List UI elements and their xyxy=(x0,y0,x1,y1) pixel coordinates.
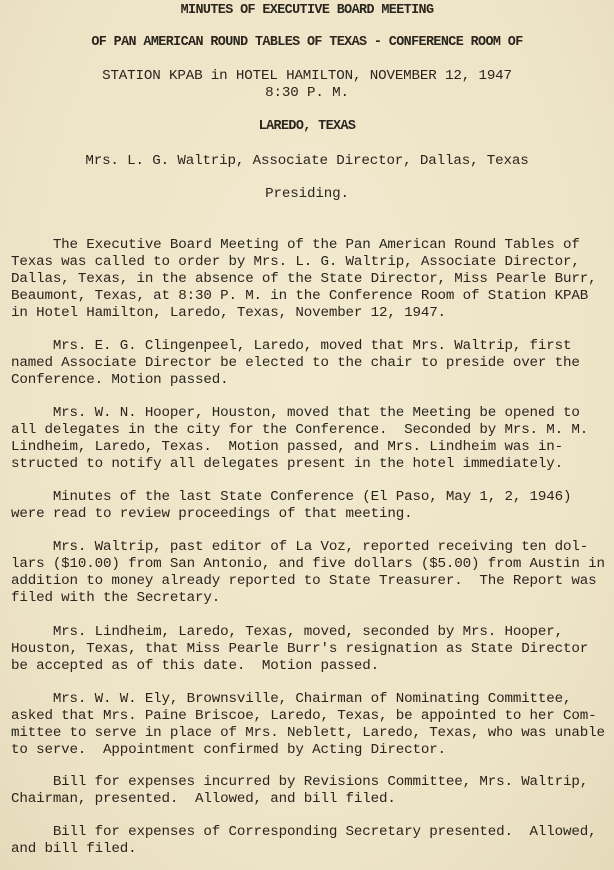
document-page: MINUTES OF EXECUTIVE BOARD MEETING OF PA… xyxy=(0,0,614,870)
text-line: in Hotel Hamilton, Laredo, Texas, Novemb… xyxy=(11,305,611,322)
text-line: lars ($10.00) from San Antonio, and five… xyxy=(11,556,611,573)
text-line: Lindheim, Laredo, Texas. Motion passed, … xyxy=(11,439,611,456)
text-line: Mrs. W. N. Hooper, Houston, moved that t… xyxy=(11,405,611,422)
paragraph-revisions-bill: Bill for expenses incurred by Revisions … xyxy=(11,774,611,808)
paragraph-delegates-motion: Mrs. W. N. Hooper, Houston, moved that t… xyxy=(11,405,611,473)
text-line: Mrs. W. W. Ely, Brownsville, Chairman of… xyxy=(11,691,611,708)
paragraph-secretary-bill: Bill for expenses of Corresponding Secre… xyxy=(11,824,611,858)
header-title-line-1: MINUTES OF EXECUTIVE BOARD MEETING xyxy=(0,3,614,19)
header-time: 8:30 P. M. xyxy=(0,85,614,101)
text-line: Mrs. Waltrip, past editor of La Voz, rep… xyxy=(11,539,611,556)
text-line: Chairman, presented. Allowed, and bill f… xyxy=(11,791,611,808)
header-location: LAREDO, TEXAS xyxy=(0,119,614,135)
header-title-line-2: OF PAN AMERICAN ROUND TABLES OF TEXAS - … xyxy=(0,35,614,51)
text-line: mittee to serve in place of Mrs. Neblett… xyxy=(11,725,611,742)
text-line: and bill filed. xyxy=(11,841,611,858)
text-line: Conference. Motion passed. xyxy=(11,372,611,389)
text-line: structed to notify all delegates present… xyxy=(11,456,611,473)
text-line: Bill for expenses of Corresponding Secre… xyxy=(11,824,611,841)
text-line: The Executive Board Meeting of the Pan A… xyxy=(11,237,611,254)
text-line: Houston, Texas, that Miss Pearle Burr's … xyxy=(11,641,611,658)
paragraph-resignation: Mrs. Lindheim, Laredo, Texas, moved, sec… xyxy=(11,624,611,675)
text-line: Bill for expenses incurred by Revisions … xyxy=(11,774,611,791)
paragraph-call-to-order: The Executive Board Meeting of the Pan A… xyxy=(11,237,611,322)
header-title-line-3: STATION KPAB in HOTEL HAMILTON, NOVEMBER… xyxy=(0,68,614,84)
text-line: Mrs. Lindheim, Laredo, Texas, moved, sec… xyxy=(11,624,611,641)
text-line: addition to money already reported to St… xyxy=(11,573,611,590)
presiding-name: Mrs. L. G. Waltrip, Associate Director, … xyxy=(0,153,614,169)
presiding-label: Presiding. xyxy=(0,186,614,202)
text-line: asked that Mrs. Paine Briscoe, Laredo, T… xyxy=(11,708,611,725)
text-line: all delegates in the city for the Confer… xyxy=(11,422,611,439)
text-line: Beaumont, Texas, at 8:30 P. M. in the Co… xyxy=(11,288,611,305)
paragraph-chair-motion: Mrs. E. G. Clingenpeel, Laredo, moved th… xyxy=(11,338,611,389)
paragraph-nominating-committee: Mrs. W. W. Ely, Brownsville, Chairman of… xyxy=(11,691,611,759)
paragraph-treasury-report: Mrs. Waltrip, past editor of La Voz, rep… xyxy=(11,539,611,607)
text-line: filed with the Secretary. xyxy=(11,590,611,607)
paragraph-previous-minutes: Minutes of the last State Conference (El… xyxy=(11,489,611,523)
text-line: named Associate Director be elected to t… xyxy=(11,355,611,372)
text-line: Minutes of the last State Conference (El… xyxy=(11,489,611,506)
text-line: Dallas, Texas, in the absence of the Sta… xyxy=(11,271,611,288)
text-line: Mrs. E. G. Clingenpeel, Laredo, moved th… xyxy=(11,338,611,355)
text-line: to serve. Appointment confirmed by Actin… xyxy=(11,742,611,759)
text-line: Texas was called to order by Mrs. L. G. … xyxy=(11,254,611,271)
text-line: be accepted as of this date. Motion pass… xyxy=(11,658,611,675)
text-line: were read to review proceedings of that … xyxy=(11,506,611,523)
